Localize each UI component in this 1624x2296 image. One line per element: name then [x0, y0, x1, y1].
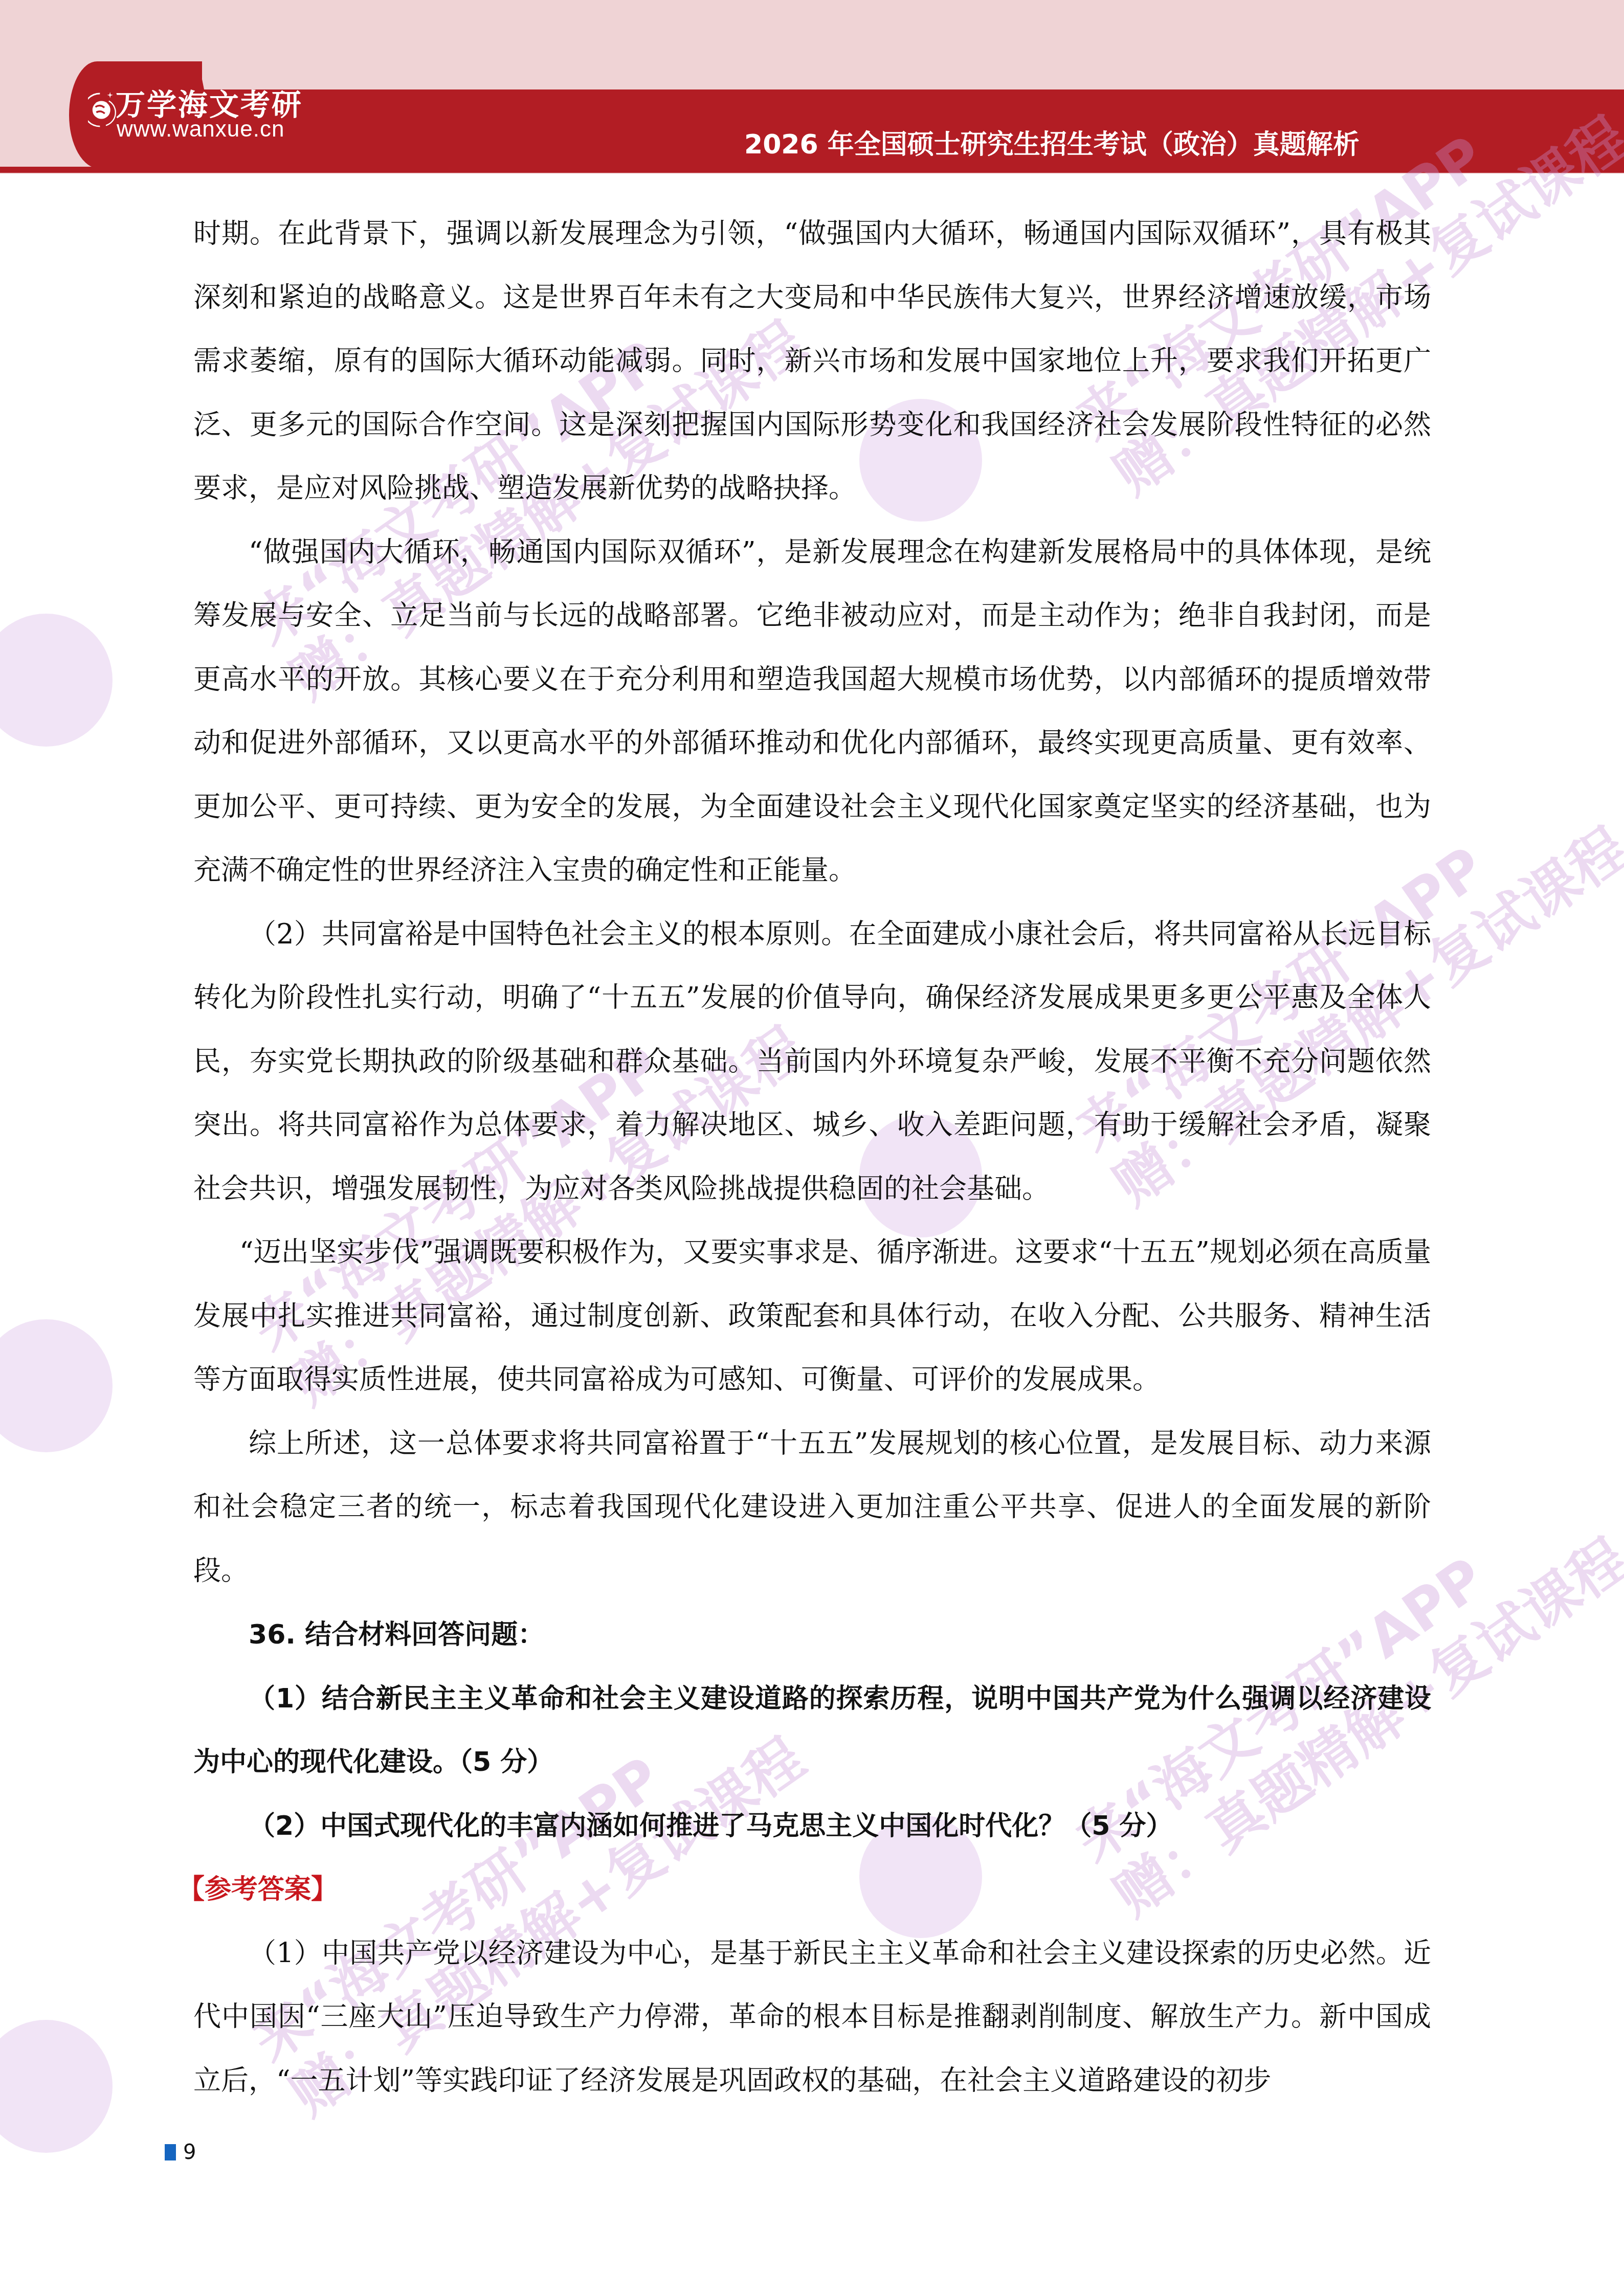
paragraph: “做强国内大循环，畅通国内国际双循环”，是新发展理念在构建新发展格局中的具体体现… — [193, 521, 1431, 903]
question-part-2: （2）中国式现代化的丰富内涵如何推进了马克思主义中国化时代化？（5 分） — [193, 1794, 1431, 1858]
question-part-1: （1）结合新民主主义革命和社会主义建设道路的探索历程，说明中国共产党为什么强调以… — [193, 1667, 1431, 1794]
paragraph: “迈出坚实步伐”强调既要积极作为，又要实事求是、循序渐进。这要求“十五五”规划必… — [193, 1221, 1431, 1412]
page-number-text: 9 — [183, 2141, 196, 2164]
watermark-logo-icon — [0, 614, 113, 747]
paragraph: 时期。在此背景下，强调以新发展理念为引领，“做强国内大循环，畅通国内国际双循环”… — [193, 202, 1431, 521]
watermark-logo-icon — [0, 2020, 113, 2153]
page-marker-icon — [165, 2144, 176, 2160]
page-number: 9 — [165, 2141, 196, 2164]
answer-label: 【参考答案】 — [178, 1858, 1431, 1922]
document-body: 时期。在此背景下，强调以新发展理念为引领，“做强国内大循环，畅通国内国际双循环”… — [193, 202, 1431, 2112]
brand-url: www.wanxue.cn — [117, 117, 284, 142]
watermark-logo-icon — [0, 1319, 113, 1452]
question-number-title: 36. 结合材料回答问题： — [249, 1619, 544, 1650]
paragraph: （2）共同富裕是中国特色社会主义的根本原则。在全面建成小康社会后，将共同富裕从长… — [193, 903, 1431, 1221]
header-rule — [0, 167, 1624, 173]
answer-paragraph: （1）中国共产党以经济建设为中心，是基于新民主主义革命和社会主义建设探索的历史必… — [193, 1922, 1431, 2113]
question-title: 36. 结合材料回答问题： — [193, 1603, 1431, 1667]
paragraph: 综上所述，这一总体要求将共同富裕置于“十五五”发展规划的核心位置，是发展目标、动… — [193, 1412, 1431, 1603]
document-title: 2026 年全国硕士研究生招生考试（政治）真题解析 — [744, 123, 1360, 161]
